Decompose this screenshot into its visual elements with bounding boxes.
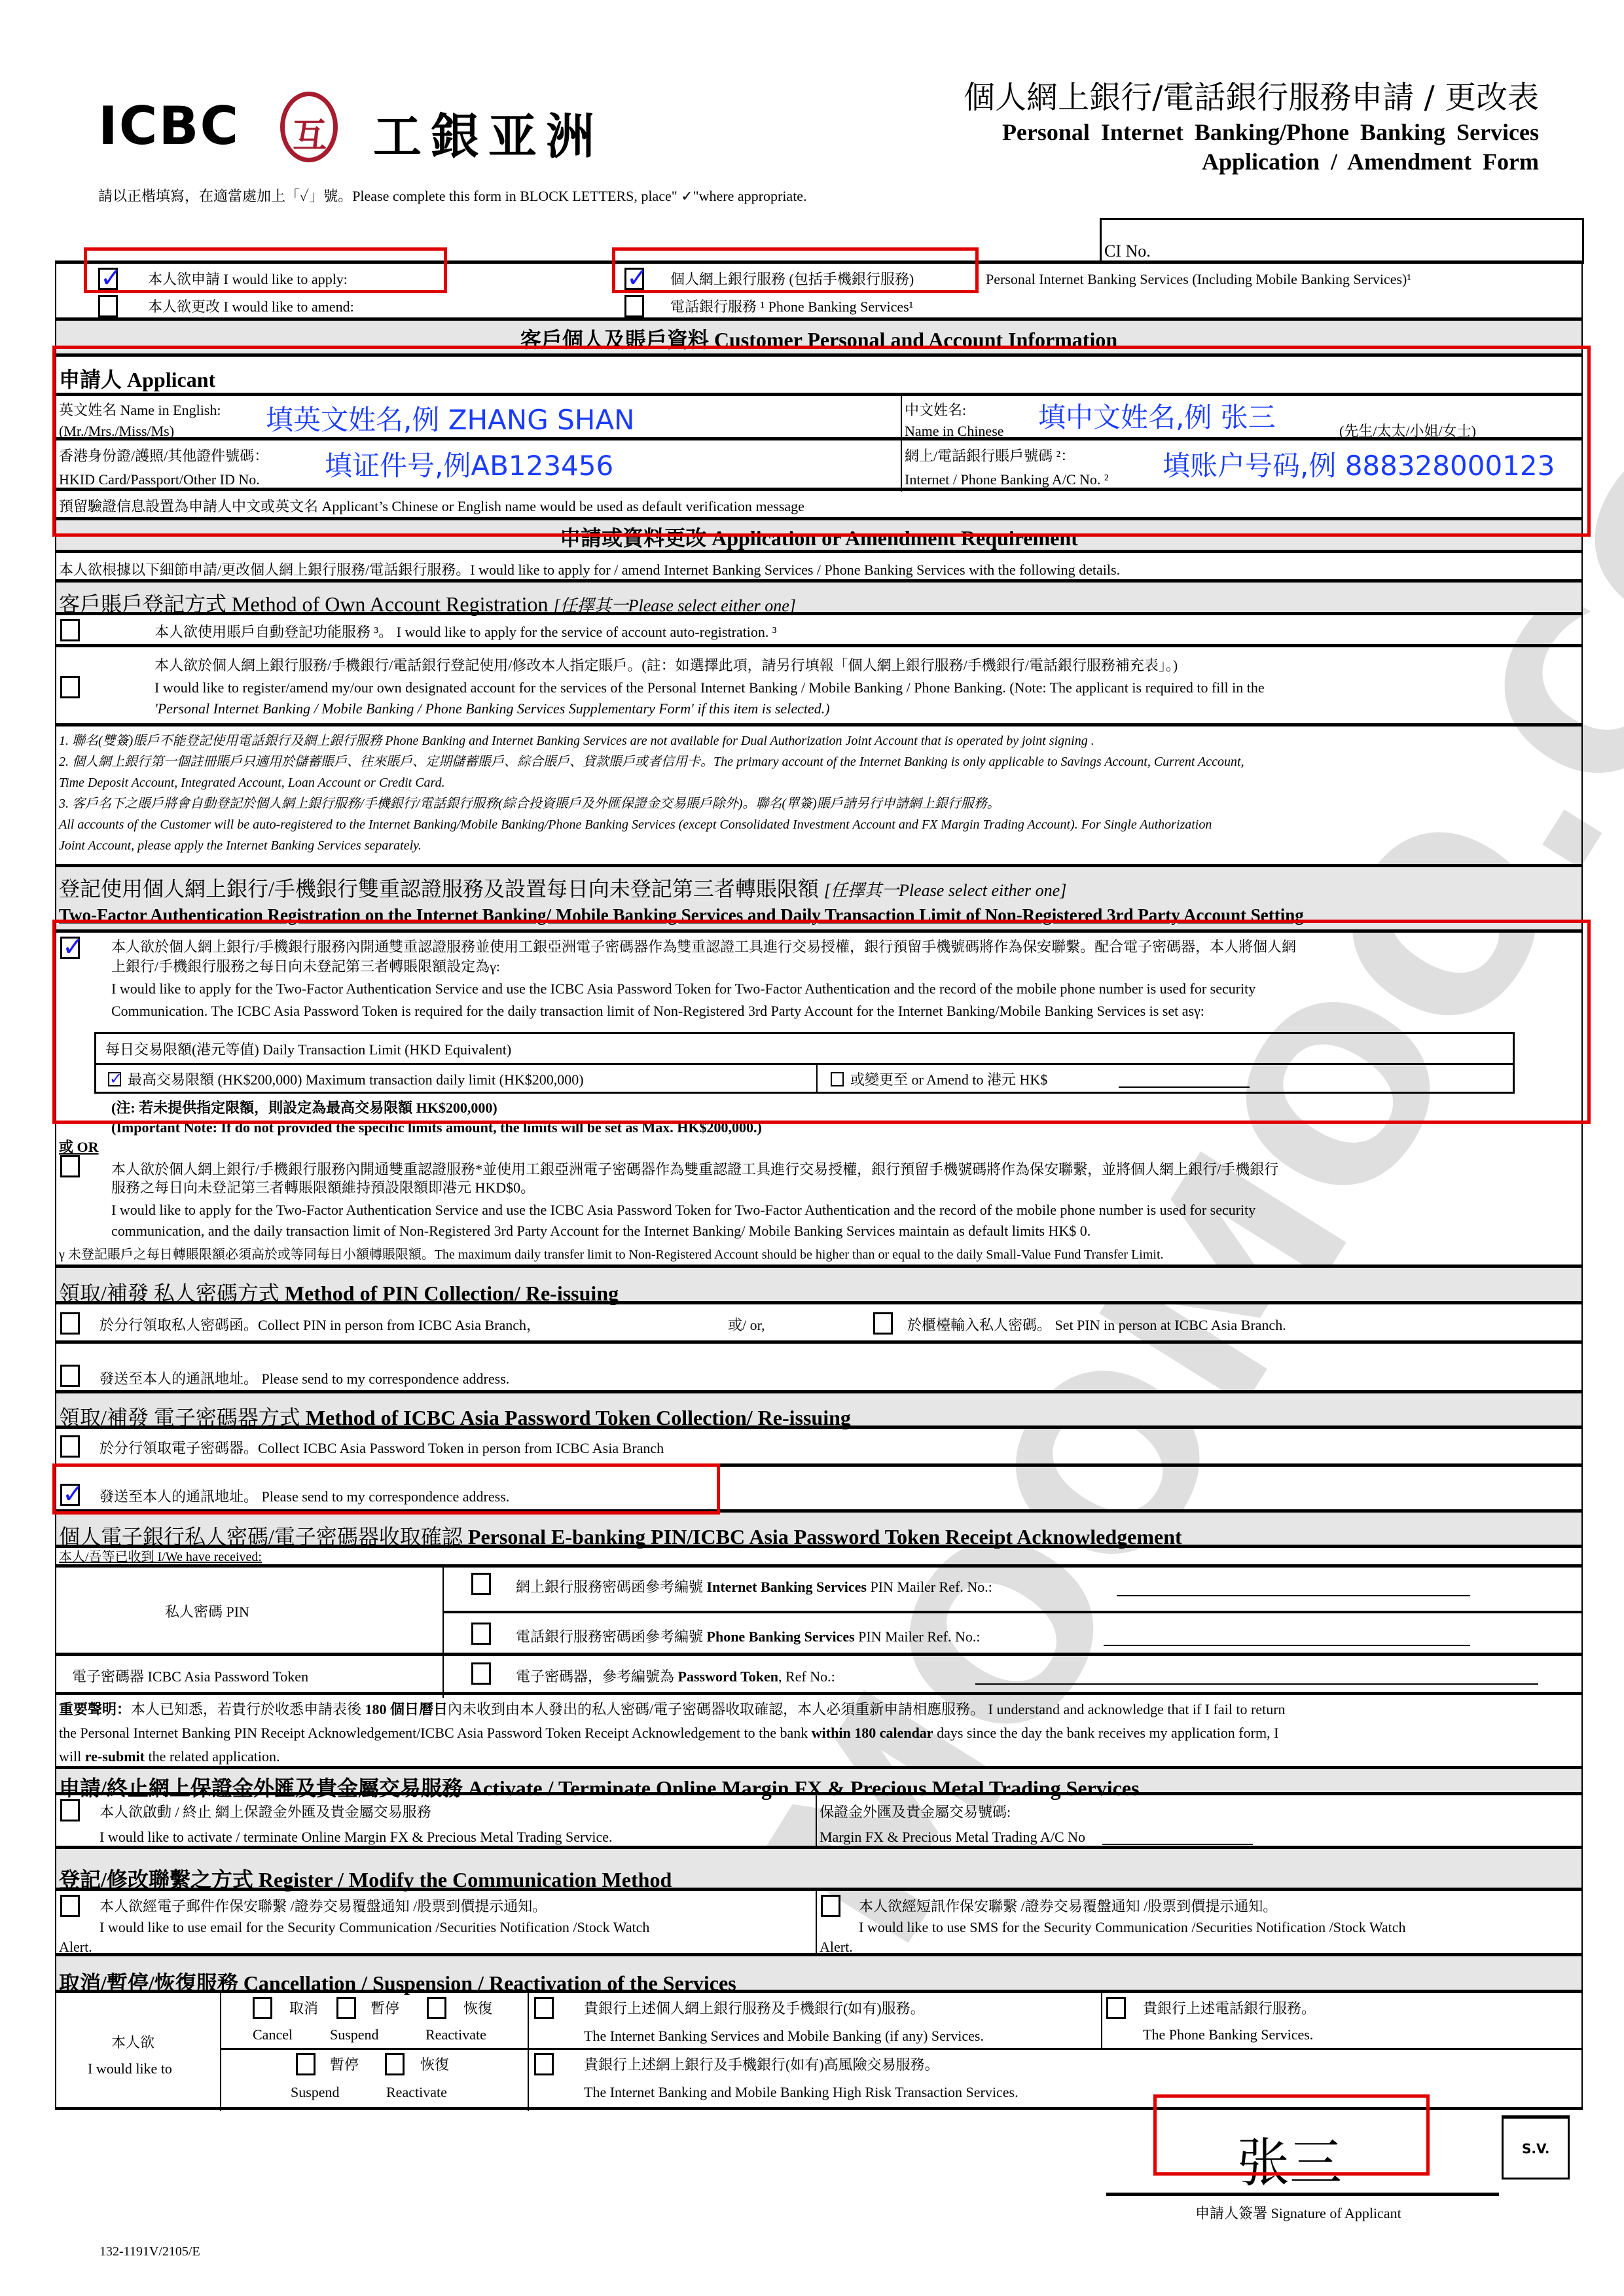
- section-margin-fx: 申請/終止網上保證金外匯及貴金屬交易服務 Activate / Terminat…: [55, 1766, 1583, 1795]
- acct-field[interactable]: 填账户号码,例 888328000123: [1163, 444, 1555, 484]
- two-factor-opt1: 本人欲於個人網上銀行/手機銀行服務內開通雙重認證服務並使用工銀亞洲電子密碼器作為…: [55, 929, 1583, 1139]
- own-account-opt1-row: 本人欲使用賬戶自動登記功能服務 ³。 I would like to apply…: [55, 612, 1583, 646]
- pin-counter-label: 於櫃檯輸入私人密碼。 Set PIN in person at ICBC Asi…: [907, 1316, 1286, 1335]
- email-comm-checkbox[interactable]: [60, 1895, 80, 1917]
- token-ref-input[interactable]: [975, 1669, 1538, 1685]
- ib-pin-checkbox[interactable]: [471, 1573, 491, 1595]
- section-requirement-title: 申請或資料更改 Application or Amendment Require…: [560, 526, 1078, 550]
- token-ref-en-b: Password Token: [678, 1668, 778, 1685]
- sv-box: S.V.: [1502, 2115, 1570, 2179]
- two-factor-title-en: Two-Factor Authentication Registration o…: [59, 905, 1304, 925]
- two-factor-footnote: γ 未登記賬戶之每日轉賬限額必須高於或等同每日小額轉賬限額。The maximu…: [59, 1247, 1164, 1263]
- high-risk-en: The Internet Banking and Mobile Banking …: [584, 2083, 1019, 2102]
- cancellation-block: 本人欲 I would like to 取消 Cancel 暫停 Suspend…: [55, 1990, 1583, 2110]
- cancel-ib-en: The Internet Banking Services and Mobile…: [584, 2027, 984, 2045]
- token-ref-cn: 電子密碼器，參考編號為: [516, 1668, 674, 1685]
- margin-fx-row: 本人欲啟動 / 終止 網上保證金外匯及貴金屬交易服務 I would like …: [55, 1792, 1583, 1848]
- section-customer-info-title: 客戶個人及賬戶資料 Customer Personal and Account …: [520, 328, 1117, 351]
- margin-fx-acct-input[interactable]: [1102, 1829, 1253, 1845]
- token-mail-label: 發送至本人的通訊地址。 Please send to my correspond…: [99, 1488, 509, 1506]
- receipt-pin-row: 私人密碼 PIN 網上銀行服務密碼函參考編號 Internet Banking …: [55, 1564, 1583, 1655]
- reactivate-hr-checkbox[interactable]: [385, 2053, 405, 2075]
- suspend-hr-checkbox[interactable]: [296, 2053, 316, 2075]
- id-label: 香港身份證/護照/其他證件號碼：: [59, 447, 268, 465]
- divider: [220, 1993, 221, 2111]
- two-factor-opt1-en2: Communication. The ICBC Asia Password To…: [111, 1002, 1204, 1020]
- email-comm-cn: 本人欲經電子郵件作保安聯繫 /證券交易覆盤通知 /股票到價提示通知。: [99, 1897, 547, 1916]
- note-3: 3. 客戶名下之賬戶將會自動登記於個人網上銀行服務/手機銀行/電話銀行服務(綜合…: [59, 796, 1000, 812]
- two-factor-opt1-checkbox[interactable]: [60, 937, 80, 959]
- cancel-pb-checkbox[interactable]: [1106, 1997, 1126, 2019]
- two-factor-opt1-en1: I would like to apply for the Two-Factor…: [111, 980, 1255, 998]
- two-factor-opt2-cn1: 本人欲於個人網上銀行/手機銀行服務內開通雙重認證服務*並使用工銀亞洲電子密碼器作…: [111, 1160, 1278, 1179]
- cancel-cn: 取消: [289, 2000, 318, 2018]
- receipt-received-row: 本人/吾等已收到 I/We have received:: [55, 1545, 1583, 1566]
- pb-pin-en: PIN Mailer Ref. No.:: [858, 1628, 980, 1645]
- requirement-intro-row: 本人欲根據以下細節申請/更改個人網上銀行服務/電話銀行服務。I would li…: [55, 550, 1583, 583]
- cancel-pb-cn: 貴銀行上述電話銀行服務。: [1143, 2000, 1316, 2018]
- own-account-notes: 1. 聯名(雙簽)賬戶不能登記使用電話銀行及網上銀行服務 Phone Banki…: [55, 723, 1583, 867]
- i-would-cn: 本人欲: [111, 2034, 154, 2052]
- pin-mail-checkbox[interactable]: [60, 1365, 80, 1387]
- margin-fx-checkbox[interactable]: [60, 1799, 80, 1821]
- high-risk-checkbox[interactable]: [534, 2053, 554, 2075]
- phone-banking-label: 電話銀行服務 ¹ Phone Banking Services¹: [670, 298, 913, 316]
- ib-pin-label: 網上銀行服務密碼函參考編號 Internet Banking Services …: [516, 1578, 992, 1596]
- pin-collection-row2: 發送至本人的通訊地址。 Please send to my correspond…: [55, 1340, 1583, 1393]
- suspend-en: Suspend: [330, 2026, 379, 2044]
- limit-note-en: (Important Note: If do not provided the …: [111, 1119, 762, 1137]
- id-field[interactable]: 填证件号,例AB123456: [325, 444, 613, 484]
- token-ref-checkbox[interactable]: [471, 1662, 491, 1685]
- two-factor-hint: [任擇其一Please select either one]: [824, 881, 1066, 900]
- two-factor-opt2-en2: communication, and the daily transaction…: [111, 1222, 1091, 1240]
- max-limit-checkbox[interactable]: [108, 1072, 121, 1086]
- logo-emblem-glyph: 互: [293, 108, 327, 157]
- section-own-account: 客戶賬戶登記方式 Method of Own Account Registrat…: [55, 579, 1583, 615]
- own-account-opt2-row: 本人欲於個人網上銀行服務/手機銀行/電話銀行登記使用/修改本人指定賬戶。(註：如…: [55, 644, 1583, 726]
- suspend-cn: 暫停: [370, 2000, 399, 2018]
- pb-pin-label: 電話銀行服務密碼函參考編號 Phone Banking Services PIN…: [516, 1628, 981, 1646]
- instruction-text: 請以正楷填寫，在適當處加上「✓」號。Please complete this f…: [98, 187, 807, 206]
- limit-table-header: 每日交易限額(港元等值) Daily Transaction Limit (HK…: [105, 1041, 511, 1059]
- divider: [816, 1795, 817, 1852]
- divider: [528, 1993, 529, 2111]
- sms-comm-cn: 本人欲經短訊作保安聯繫 /證券交易覆盤通知 /股票到價提示通知。: [859, 1897, 1277, 1916]
- pin-mail-label: 發送至本人的通訊地址。 Please send to my correspond…: [99, 1370, 509, 1388]
- section-cancellation: 取消/暫停/恢復服務 Cancellation / Suspension / R…: [55, 1953, 1583, 1992]
- limit-table-vdivider: [816, 1063, 818, 1093]
- name-en-label: 英文姓名 Name in English:: [59, 401, 221, 420]
- signature-label: 申請人簽署 Signature of Applicant: [1195, 2204, 1401, 2223]
- phone-banking-checkbox[interactable]: [624, 295, 644, 317]
- section-requirement: 申請或資料更改 Application or Amendment Require…: [55, 517, 1583, 552]
- section-token-collection: 領取/補發 電子密碼器方式 Method of ICBC Asia Passwo…: [55, 1390, 1583, 1428]
- important-cn-c: 內未收到由本人發出的私人密碼/電子密碼器收取確認，本人必須重新申請相應服務。 I…: [448, 1701, 1286, 1717]
- token-ref-label: 電子密碼器，參考編號為 Password Token, Ref No.:: [516, 1668, 835, 1686]
- reactivate-en: Reactivate: [425, 2026, 486, 2044]
- important-line2: the Personal Internet Banking PIN Receip…: [59, 1724, 1278, 1742]
- suspend-hr-en: Suspend: [291, 2083, 340, 2102]
- section-two-factor: 登記使用個人網上銀行/手機銀行雙重認證服務及設置每日向未登記第三者轉賬限額 [任…: [55, 864, 1583, 932]
- reactivate-hr-en: Reactivate: [386, 2083, 447, 2102]
- cancel-ib-cn: 貴銀行上述個人網上銀行服務及手機銀行(如有)服務。: [584, 2000, 925, 2018]
- title-cn: 個人網上銀行/電話銀行服務申請 / 更改表: [964, 77, 1539, 118]
- divider: [442, 1611, 1581, 1613]
- important-en-e: re-submit: [85, 1748, 145, 1765]
- two-factor-title-cn-text: 登記使用個人網上銀行/手機銀行雙重認證服務及設置每日向未登記第三者轉賬限額: [59, 877, 819, 901]
- note-3c: Joint Account, please apply the Internet…: [59, 838, 422, 854]
- sms-comm-en1: I would like to use SMS for the Security…: [859, 1918, 1406, 1937]
- apply-row: 本人欲申請 I would like to apply: 本人欲更改 I wou…: [55, 260, 1583, 319]
- pb-pin-input[interactable]: [1104, 1630, 1470, 1646]
- amend-label: 本人欲更改 I would like to amend:: [148, 298, 354, 316]
- internet-banking-checkbox[interactable]: [624, 268, 644, 290]
- pin-or-label: 或/ or,: [728, 1316, 765, 1335]
- important-statement: 重要聲明：本人已知悉，若貴行於收悉申請表後 180 個日曆日內未收到由本人發出的…: [55, 1692, 1583, 1769]
- pin-counter-checkbox[interactable]: [873, 1312, 893, 1335]
- amend-limit-label: 或變更至 or Amend to 港元 HK$: [850, 1071, 1047, 1089]
- max-limit-label: 最高交易限額 (HK$200,000) Maximum transaction …: [128, 1071, 584, 1089]
- token-branch-label: 於分行領取電子密碼器。Collect ICBC Asia Password To…: [99, 1439, 664, 1458]
- margin-fx-cn: 本人欲啟動 / 終止 網上保證金外匯及貴金屬交易服務: [99, 1803, 431, 1821]
- section-receipt: 個人電子銀行私人密碼/電子密碼器收取確認 Personal E-banking …: [55, 1509, 1583, 1547]
- designated-account-checkbox[interactable]: [60, 676, 80, 698]
- title-en-1: Personal Internet Banking/Phone Banking …: [964, 118, 1539, 147]
- auto-registration-checkbox[interactable]: [60, 619, 80, 641]
- internet-banking-label: 個人網上銀行服務 (包括手機銀行服務): [670, 270, 914, 289]
- important-line3: will re-submit the related application.: [59, 1748, 280, 1766]
- title-en-2: Application / Amendment Form: [964, 147, 1539, 177]
- important-label: 重要聲明：: [59, 1701, 131, 1717]
- receipt-pin-label: 私人密碼 PIN: [165, 1603, 249, 1621]
- receipt-token-row: 電子密碼器 ICBC Asia Password Token 電子密碼器，參考編…: [55, 1653, 1583, 1695]
- two-factor-opt1-cn2: 上銀行/手機銀行服務之每日向未登記第三者轉賬限額設定為γ:: [111, 958, 500, 976]
- amend-limit-input[interactable]: [1119, 1072, 1250, 1088]
- important-line1: 重要聲明：本人已知悉，若貴行於收悉申請表後 180 個日曆日內未收到由本人發出的…: [59, 1700, 1286, 1719]
- reactivate-cn: 恢復: [463, 2000, 492, 2018]
- receipt-received-label: 本人/吾等已收到 I/We have received:: [59, 1549, 262, 1566]
- divider: [901, 440, 902, 492]
- verification-note: 預留驗證信息設置為申請人中文或英文名 Applicant’s Chinese o…: [59, 497, 804, 516]
- divider: [901, 396, 902, 443]
- logo-icbc-text: ICBC: [98, 96, 240, 156]
- communication-row: 本人欲經電子郵件作保安聯繫 /證券交易覆盤通知 /股票到價提示通知。 I wou…: [55, 1888, 1583, 1956]
- applicant-title: 申請人 Applicant: [59, 363, 215, 393]
- amend-checkbox[interactable]: [98, 295, 118, 317]
- important-en-d: will: [59, 1748, 85, 1765]
- sms-comm-checkbox[interactable]: [821, 1895, 840, 1917]
- internet-banking-label-en: Personal Internet Banking Services (Incl…: [986, 270, 1411, 289]
- section-customer-info: 客戶個人及賬戶資料 Customer Personal and Account …: [55, 317, 1583, 355]
- requirement-intro: 本人欲根據以下細節申請/更改個人網上銀行服務/電話銀行服務。I would li…: [59, 561, 1120, 579]
- ib-pin-en-b: Internet Banking Services: [707, 1579, 867, 1595]
- two-factor-opt2-checkbox[interactable]: [60, 1155, 80, 1177]
- token-ref-en: , Ref No.:: [778, 1668, 835, 1685]
- name-row: 英文姓名 Name in English: (Mr./Mrs./Miss/Ms)…: [55, 393, 1583, 440]
- designated-account-line3: 'Personal Internet Banking / Mobile Bank…: [154, 700, 830, 718]
- two-factor-footnote-row: γ 未登記賬戶之每日轉賬限額必須高於或等同每日小額轉賬限額。The maximu…: [55, 1247, 1583, 1266]
- email-comm-en1: I would like to use email for the Securi…: [99, 1918, 649, 1937]
- sv-label: S.V.: [1522, 2141, 1550, 2157]
- margin-fx-acct-cn: 保證金外匯及貴金屬交易號碼:: [820, 1803, 1011, 1821]
- divider: [1101, 1993, 1102, 2049]
- suspend-checkbox[interactable]: [336, 1997, 356, 2019]
- acct-label-en: Internet / Phone Banking A/C No. ²: [905, 471, 1109, 489]
- note-3b: All accounts of the Customer will be aut…: [59, 817, 1212, 833]
- pin-branch-checkbox[interactable]: [60, 1312, 80, 1335]
- logo-cn-text: 工銀亚洲: [373, 98, 604, 168]
- ib-pin-input[interactable]: [1117, 1581, 1470, 1596]
- cancel-checkbox[interactable]: [253, 1997, 272, 2019]
- form-code: 132-1191V/2105/E: [99, 2244, 200, 2260]
- cancel-ib-checkbox[interactable]: [534, 1997, 554, 2019]
- pb-pin-cn: 電話銀行服務密碼函參考編號: [516, 1628, 703, 1645]
- token-collection-row2: 發送至本人的通訊地址。 Please send to my correspond…: [55, 1463, 1583, 1511]
- important-en-c: days since the day the bank receives my …: [933, 1725, 1279, 1741]
- ib-pin-en: PIN Mailer Ref. No.:: [870, 1579, 992, 1595]
- important-cn-a: 本人已知悉，若貴行於收悉申請表後: [131, 1701, 365, 1717]
- margin-fx-en: I would like to activate / terminate Onl…: [99, 1828, 613, 1846]
- reactivate-hr-cn: 恢復: [420, 2056, 449, 2074]
- note-1: 1. 聯名(雙簽)賬戶不能登記使用電話銀行及網上銀行服務 Phone Banki…: [59, 733, 1094, 749]
- limit-note-cn: (注: 若未提供指定限額，則設定為最高交易限額 HK$200,000): [111, 1099, 497, 1117]
- important-en-a: the Personal Internet Banking PIN Receip…: [59, 1725, 812, 1741]
- signature-field[interactable]: 张三: [1106, 2111, 1499, 2196]
- name-en-field[interactable]: 填英文姓名,例 ZHANG SHAN: [266, 399, 635, 438]
- token-branch-checkbox[interactable]: [60, 1435, 80, 1458]
- divider: [220, 2048, 1581, 2050]
- divider: [816, 1891, 817, 1959]
- two-factor-title-cn: 登記使用個人網上銀行/手機銀行雙重認證服務及設置每日向未登記第三者轉賬限額 [任…: [59, 872, 1066, 903]
- ib-pin-cn: 網上銀行服務密碼函參考編號: [516, 1579, 703, 1595]
- important-cn-b: 180 個日曆日: [365, 1701, 448, 1717]
- important-en-b: within 180 calendar: [812, 1725, 933, 1741]
- section-pin-collection: 領取/補發 私人密碼方式 Method of PIN Collection/ R…: [55, 1265, 1583, 1304]
- apply-label: 本人欲申請 I would like to apply:: [148, 270, 348, 289]
- form-title: 個人網上銀行/電話銀行服務申請 / 更改表 Personal Internet …: [964, 77, 1539, 177]
- designated-account-line2: I would like to register/amend my/our ow…: [154, 679, 1265, 697]
- signature-value: 张三: [1237, 2121, 1342, 2196]
- token-mail-checkbox[interactable]: [60, 1484, 80, 1506]
- i-would-en: I would like to: [88, 2060, 172, 2078]
- logo: ICBC 互 工銀亚洲: [98, 92, 622, 170]
- or-label: 或 OR: [59, 1138, 99, 1157]
- pb-pin-en-b: Phone Banking Services: [707, 1628, 855, 1645]
- note-2b: Time Deposit Account, Integrated Account…: [59, 775, 445, 791]
- high-risk-cn: 貴銀行上述網上銀行及手機銀行(如有)高風險交易服務。: [584, 2056, 939, 2074]
- margin-fx-acct-en: Margin FX & Precious Metal Trading A/C N…: [820, 1828, 1085, 1846]
- cancel-pb-en: The Phone Banking Services.: [1143, 2026, 1313, 2044]
- cancel-en: Cancel: [253, 2026, 293, 2044]
- applicant-title-row: 申請人 Applicant: [55, 353, 1583, 395]
- designated-account-line1: 本人欲於個人網上銀行服務/手機銀行/電話銀行登記使用/修改本人指定賬戶。(註：如…: [154, 656, 1178, 675]
- pin-collection-row1: 於分行領取私人密碼函。Collect PIN in person from IC…: [55, 1301, 1583, 1342]
- suspend-hr-cn: 暫停: [330, 2056, 359, 2074]
- note-2: 2. 個人網上銀行第一個註冊賬戶只適用於儲蓄賬戶、往來賬戶、定期儲蓄賬戶、綜合賬…: [59, 754, 1244, 770]
- name-cn-field[interactable]: 填中文姓名,例 张三: [1038, 396, 1276, 435]
- verification-row: 預留驗證信息設置為申請人中文或英文名 Applicant’s Chinese o…: [55, 488, 1583, 520]
- limit-table-divider: [96, 1063, 1513, 1065]
- id-label-en: HKID Card/Passport/Other ID No.: [59, 471, 260, 489]
- limit-table: 每日交易限額(港元等值) Daily Transaction Limit (HK…: [94, 1032, 1515, 1094]
- pin-branch-label: 於分行領取私人密碼函。Collect PIN in person from IC…: [99, 1316, 541, 1335]
- logo-emblem-icon: 互: [280, 92, 338, 162]
- pb-pin-checkbox[interactable]: [471, 1623, 491, 1645]
- two-factor-opt2-en1: I would like to apply for the Two-Factor…: [111, 1201, 1255, 1219]
- apply-checkbox[interactable]: [98, 268, 118, 290]
- two-factor-opt1-cn1: 本人欲於個人網上銀行/手機銀行服務內開通雙重認證服務並使用工銀亞洲電子密碼器作為…: [111, 938, 1296, 956]
- id-row: 香港身份證/護照/其他證件號碼： HKID Card/Passport/Othe…: [55, 437, 1583, 490]
- two-factor-opt2-cn2: 服務之每日向未登記第三者轉賬限額維持預設限額即港元 HKD$0。: [111, 1179, 535, 1197]
- reactivate-checkbox[interactable]: [427, 1997, 446, 2019]
- ci-no-box[interactable]: CI No.: [1100, 218, 1584, 264]
- name-cn-label: 中文姓名:: [905, 401, 966, 420]
- two-factor-opt2: 或 OR 本人欲於個人網上銀行/手機銀行服務內開通雙重認證服務*並使用工銀亞洲電…: [55, 1136, 1583, 1248]
- receipt-token-label: 電子密碼器 ICBC Asia Password Token: [72, 1668, 308, 1686]
- section-communication: 登記/修改聯繫之方式 Register / Modify the Communi…: [55, 1846, 1583, 1890]
- amend-limit-checkbox[interactable]: [831, 1072, 844, 1086]
- acct-label: 網上/電話銀行賬戶號碼 ²：: [905, 447, 1075, 465]
- ci-no-label: CI No.: [1104, 241, 1151, 262]
- important-en-f: the related application.: [145, 1748, 280, 1765]
- token-collection-row1: 於分行領取電子密碼器。Collect ICBC Asia Password To…: [55, 1426, 1583, 1465]
- auto-registration-label: 本人欲使用賬戶自動登記功能服務 ³。 I would like to apply…: [154, 623, 776, 641]
